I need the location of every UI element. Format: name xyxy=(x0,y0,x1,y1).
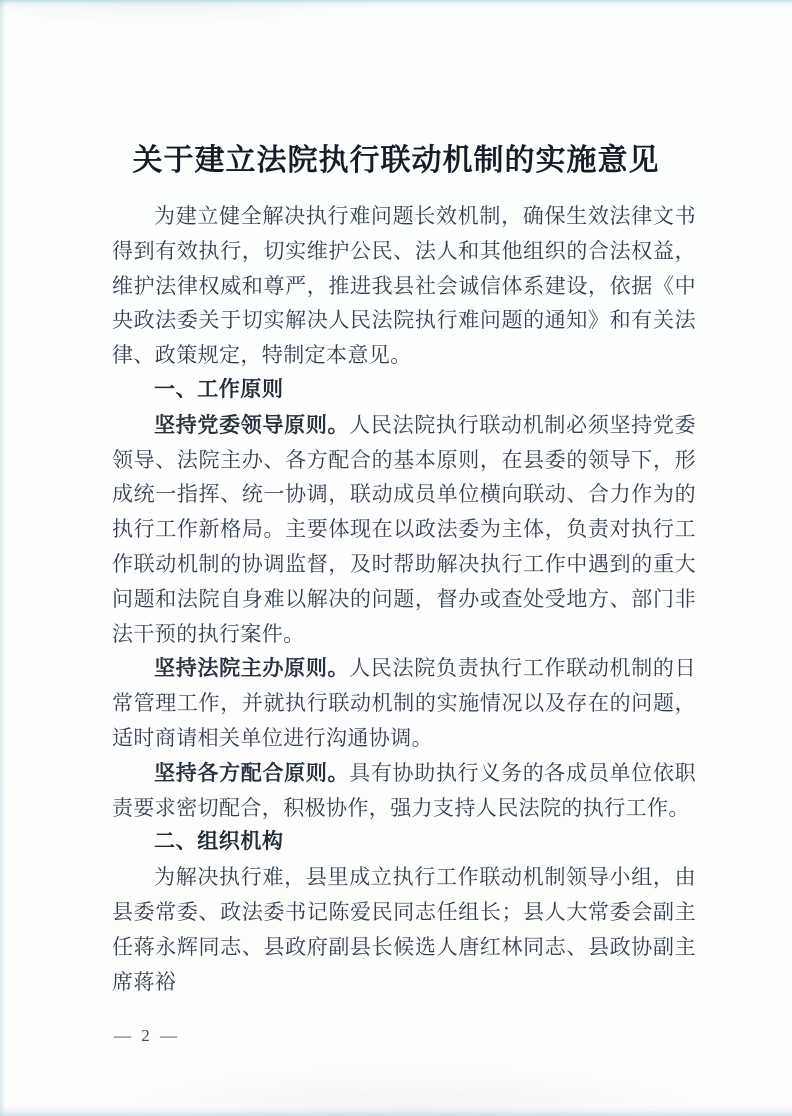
section-heading: 二、组织机构 xyxy=(112,825,696,860)
document-title: 关于建立法院执行联动机制的实施意见 xyxy=(0,135,792,179)
body-paragraph: 坚持各方配合原则。具有协助执行义务的各成员单位依职责要求密切配合，积极协作，强力… xyxy=(112,756,696,826)
scan-edge-top xyxy=(0,0,792,9)
paragraph-lead: 坚持法院主办原则。 xyxy=(154,656,349,680)
document-page: 关于建立法院执行联动机制的实施意见 为建立健全解决执行难问题长效机制，确保生效法… xyxy=(0,0,792,1116)
page-number: — 2 — xyxy=(114,1026,180,1046)
section-heading: 一、工作原则 xyxy=(112,373,696,408)
paragraph-lead: 坚持党委领导原则。 xyxy=(154,413,349,437)
body-paragraph: 坚持党委领导原则。人民法院执行联动机制必须坚持党委领导、法院主办、各方配合的基本… xyxy=(112,408,696,652)
body-paragraph: 坚持法院主办原则。人民法院负责执行工作联动机制的日常管理工作，并就执行联动机制的… xyxy=(112,651,696,755)
body-paragraph: 为建立健全解决执行难问题长效机制，确保生效法律文书得到有效执行，切实维护公民、法… xyxy=(112,199,696,373)
paragraph-lead: 坚持各方配合原则。 xyxy=(154,761,349,785)
document-body: 为建立健全解决执行难问题长效机制，确保生效法律文书得到有效执行，切实维护公民、法… xyxy=(112,199,696,999)
body-paragraph: 为解决执行难，县里成立执行工作联动机制领导小组，由县委常委、政法委书记陈爱民同志… xyxy=(112,860,696,999)
scan-edge-bottom xyxy=(0,1105,792,1116)
